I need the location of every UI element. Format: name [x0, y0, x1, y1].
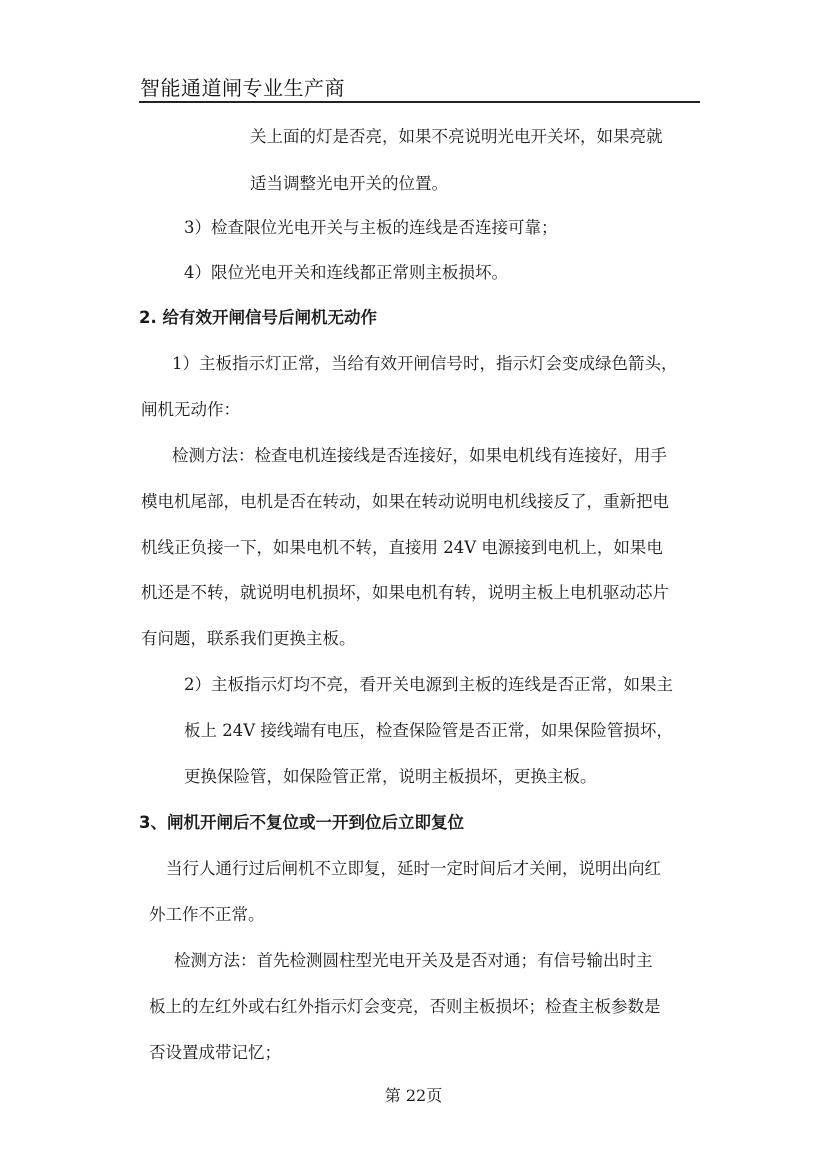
paragraph-line: 关上面的灯是否亮，如果不亮说明光电开关坏，如果亮就	[250, 127, 663, 147]
list-item: 2）主板指示灯均不亮，看开关电源到主板的连线是否正常，如果主	[184, 675, 673, 695]
header-divider	[139, 101, 700, 103]
list-item: 4）限位光电开关和连线都正常则主板损坏。	[184, 263, 508, 283]
paragraph-line: 有问题，联系我们更换主板。	[141, 629, 356, 649]
paragraph-line: 适当调整光电开关的位置。	[250, 174, 448, 194]
paragraph-line: 更换保险管，如保险管正常，说明主板损坏，更换主板。	[184, 767, 597, 787]
section-heading: 3、闸机开闸后不复位或一开到位后立即复位	[139, 813, 464, 833]
paragraph-line: 外工作不正常。	[149, 905, 265, 925]
paragraph-line: 当行人通行过后闸机不立即复，延时一定时间后才关闸，说明出向红	[166, 859, 661, 879]
section-heading: 2. 给有效开闸信号后闸机无动作	[139, 308, 377, 328]
paragraph-line: 模电机尾部，电机是否在转动，如果在转动说明电机线接反了，重新把电	[141, 492, 669, 512]
page-number: 第 22页	[0, 1086, 827, 1106]
paragraph-line: 否设置成带记忆；	[149, 1043, 281, 1063]
paragraph-line: 板上的左红外或右红外指示灯会变亮，否则主板损坏；检查主板参数是	[149, 997, 661, 1017]
paragraph-line: 板上 24V 接线端有电压，检查保险管是否正常，如果保险管损坏，	[184, 721, 673, 741]
header-title: 智能通道闸专业生产商	[140, 76, 345, 100]
paragraph-line: 机线正负接一下，如果电机不转，直接用 24V 电源接到电机上，如果电	[141, 538, 663, 558]
list-item: 3）检查限位光电开关与主板的连线是否连接可靠；	[184, 218, 558, 238]
paragraph-line: 闸机无动作：	[141, 400, 240, 420]
paragraph-line: 机还是不转，就说明电机损坏，如果电机有转，说明主板上电机驱动芯片	[141, 583, 669, 603]
paragraph-line: 检测方法：首先检测圆柱型光电开关及是否对通；有信号输出时主	[174, 951, 653, 971]
list-item: 1）主板指示灯正常，当给有效开闸信号时，指示灯会变成绿色箭头，	[172, 354, 678, 374]
paragraph-line: 检测方法：检查电机连接线是否连接好，如果电机线有连接好，用手	[172, 446, 667, 466]
